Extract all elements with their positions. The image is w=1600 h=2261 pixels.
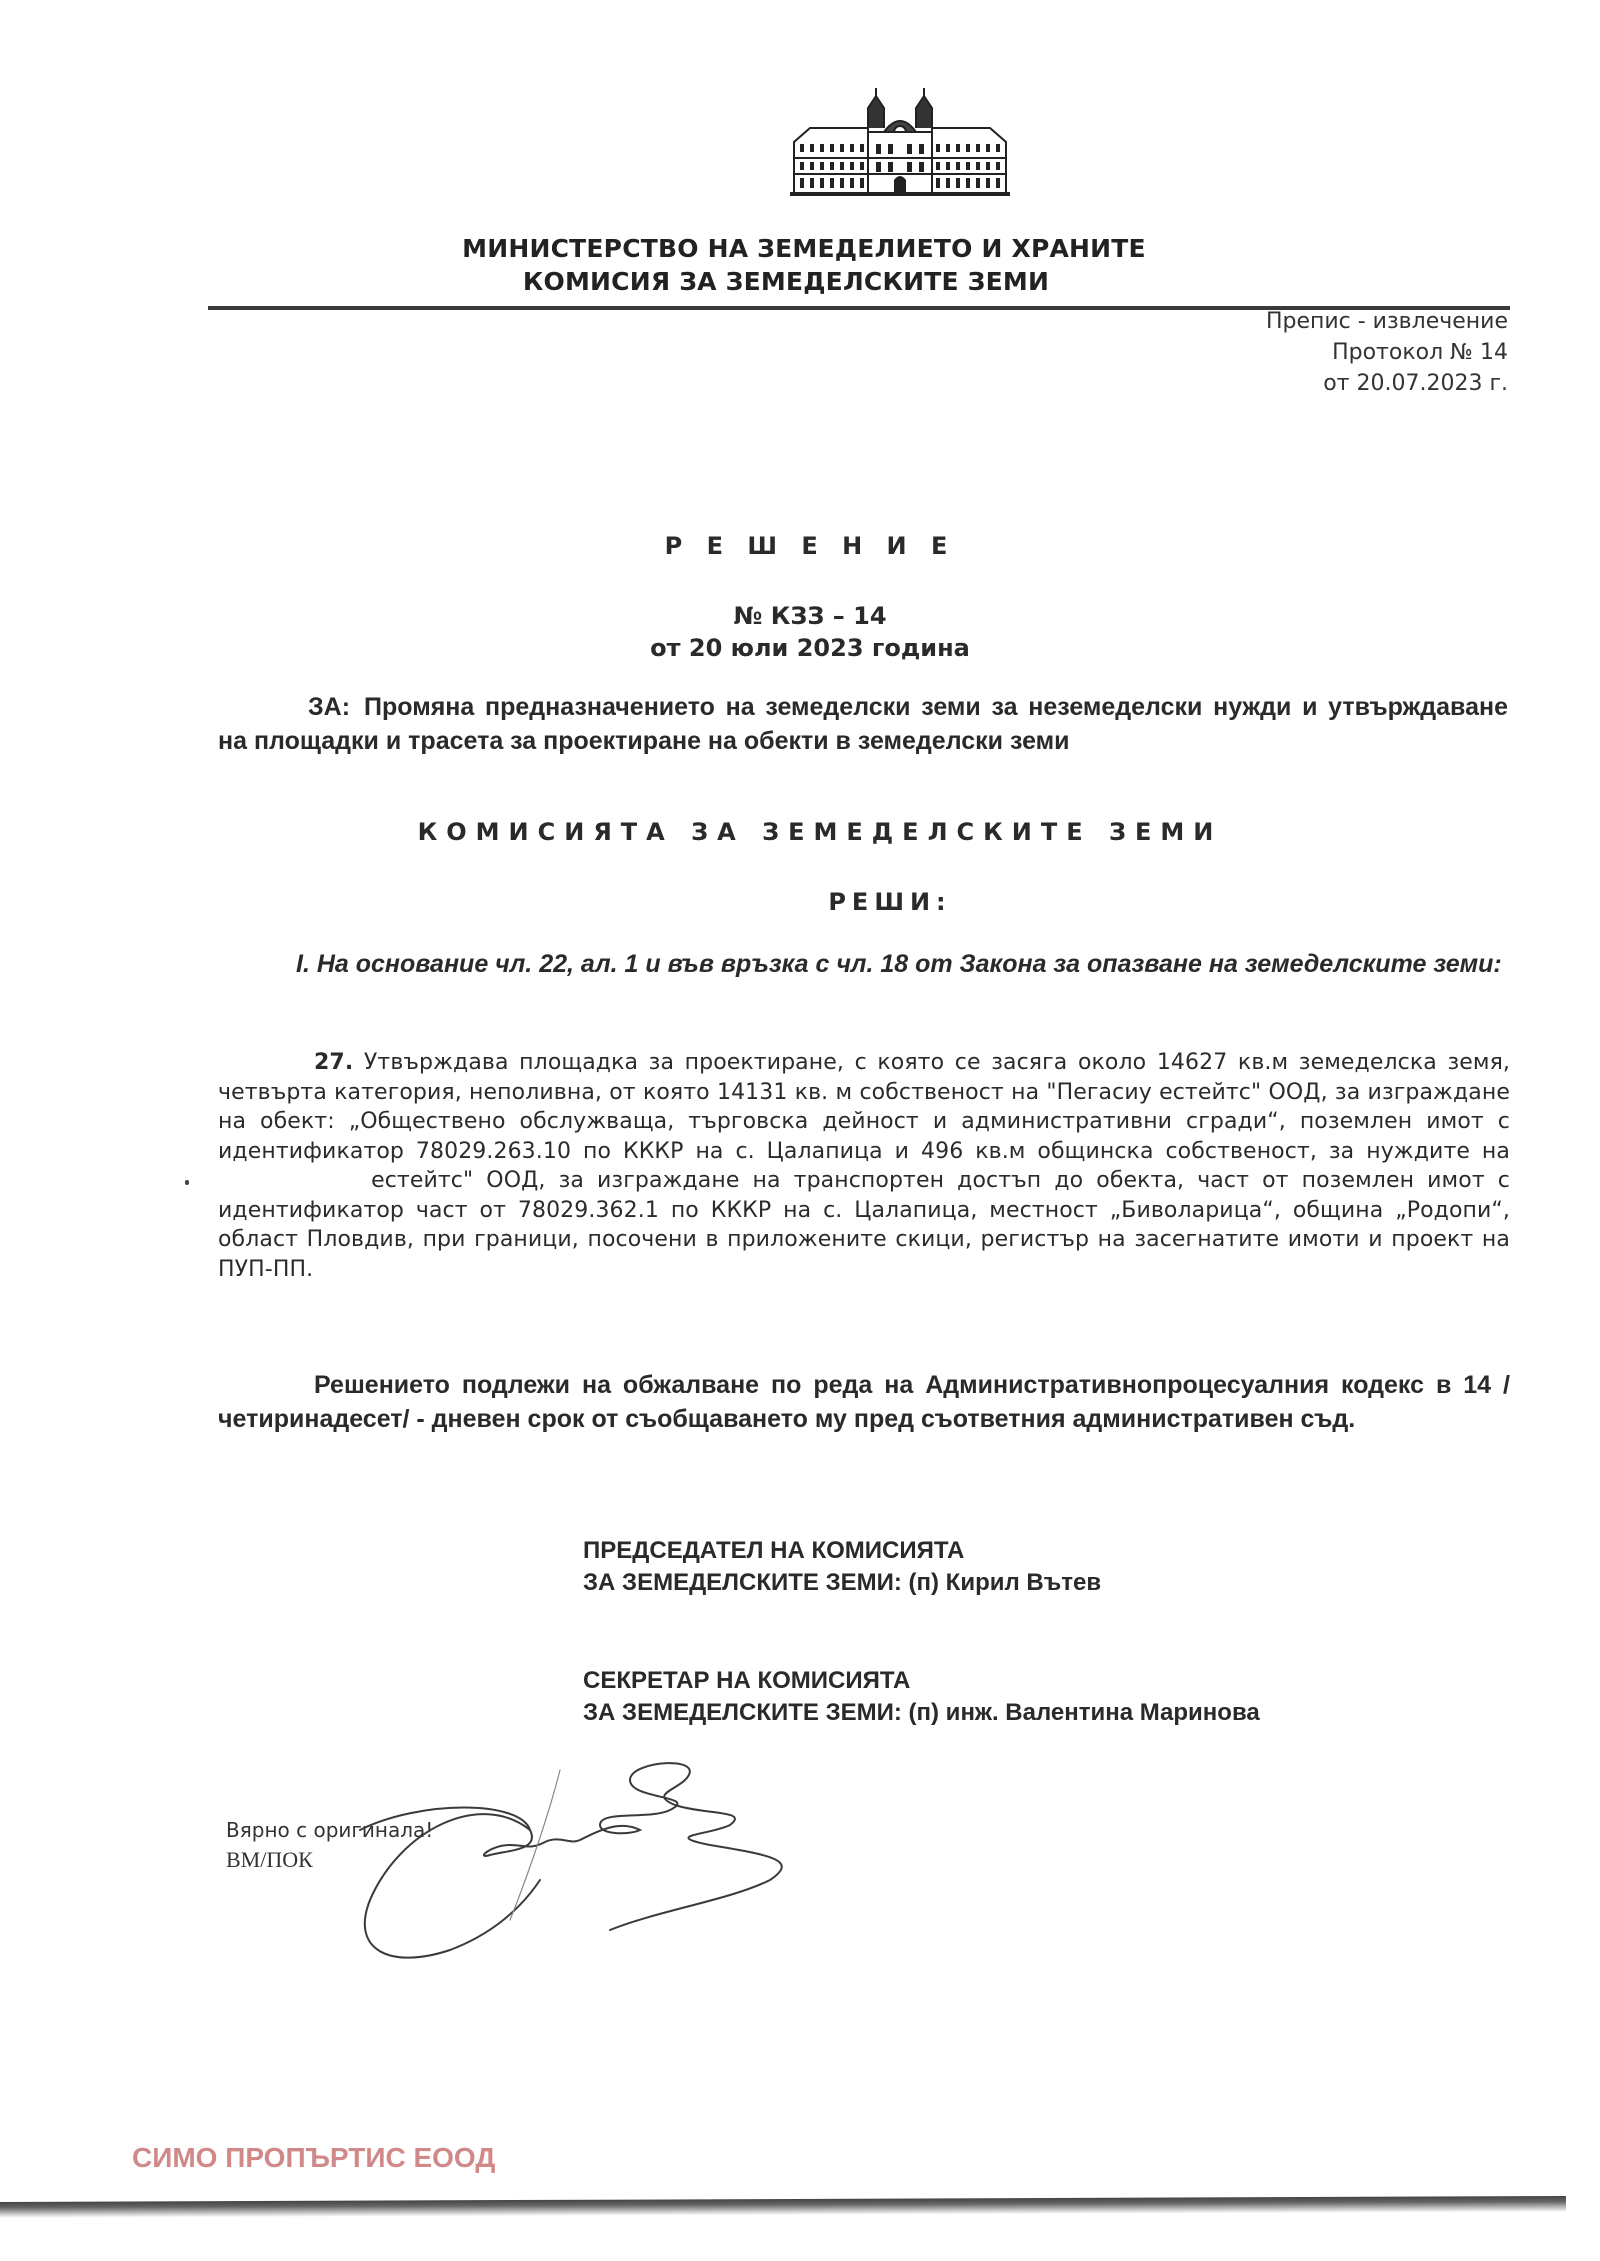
protocol-number: Протокол № 14	[1266, 337, 1508, 368]
chairman-name: ЗА ЗЕМЕДЕЛСКИТЕ ЗЕМИ: (п) Кирил Вътев	[583, 1567, 1101, 1599]
legal-basis: I. На основание чл. 22, ал. 1 и във връз…	[218, 946, 1508, 982]
commission-heading-text: КОМИСИЯТА ЗА ЗЕМЕДЕЛСКИТЕ ЗЕМИ	[418, 818, 1223, 846]
decides-heading: РЕШИ:	[0, 888, 1600, 916]
chairman-title: ПРЕДСЕДАТЕЛ НА КОМИСИЯТА	[583, 1535, 1101, 1567]
ministry-name: МИНИСТЕРСТВО НА ЗЕМЕДЕЛИЕТО И ХРАНИТЕ	[4, 232, 1600, 265]
scan-edge-line	[0, 2196, 1566, 2218]
item-text-part1: Утвърждава площадка за проектиране, с ко…	[218, 1050, 1510, 1164]
item-text-part2: естейтс" ООД, за изграждане на транспорт…	[218, 1168, 1510, 1282]
commission-heading: КОМИСИЯТА ЗА ЗЕМЕДЕЛСКИТЕ ЗЕМИ	[0, 818, 1600, 846]
subject-text: Промяна предназначението на земеделски з…	[218, 693, 1508, 755]
scan-speck	[185, 1180, 189, 1185]
decision-item: 27. Утвърждава площадка за проектиране, …	[218, 1048, 1510, 1284]
secretary-title: СЕКРЕТАР НА КОМИСИЯТА	[583, 1665, 1260, 1697]
secretary-signature-block: СЕКРЕТАР НА КОМИСИЯТА ЗА ЗЕМЕДЕЛСКИТЕ ЗЕ…	[583, 1665, 1260, 1729]
appeal-notice: Решението подлежи на обжалване по реда н…	[218, 1368, 1510, 1436]
decision-number-block: № КЗЗ – 14 от 20 юли 2023 година	[0, 600, 1600, 664]
company-stamp: СИМО ПРОПЪРТИС ЕООД	[132, 2142, 495, 2174]
item-number: 27.	[314, 1050, 353, 1075]
secretary-name: ЗА ЗЕМЕДЕЛСКИТЕ ЗЕМИ: (п) инж. Валентина…	[583, 1697, 1260, 1729]
chairman-signature-block: ПРЕДСЕДАТЕЛ НА КОМИСИЯТА ЗА ЗЕМЕДЕЛСКИТЕ…	[583, 1535, 1101, 1599]
decision-number: № КЗЗ – 14	[733, 602, 886, 630]
handwritten-signature-icon	[330, 1750, 800, 1990]
protocol-date: от 20.07.2023 г.	[1266, 368, 1508, 399]
subject-block: ЗА:Промяна предназначението на земеделск…	[218, 690, 1508, 758]
ministry-building-icon	[780, 88, 1020, 200]
decision-title: Р Е Ш Е Н И Е	[665, 532, 956, 560]
protocol-info: Препис - извлечение Протокол № 14 от 20.…	[1266, 306, 1508, 399]
decision-date: от 20 юли 2023 година	[650, 634, 970, 662]
copy-type: Препис - извлечение	[1266, 306, 1508, 337]
document-title: Р Е Ш Е Н И Е	[0, 532, 1600, 560]
ministry-header: МИНИСТЕРСТВО НА ЗЕМЕДЕЛИЕТО И ХРАНИТЕ КО…	[0, 232, 1600, 298]
initials: ВМ/ПОК	[226, 1847, 313, 1873]
decides-text: РЕШИ:	[828, 888, 951, 916]
commission-name: КОМИСИЯ ЗА ЗЕМЕДЕЛСКИТЕ ЗЕМИ	[0, 265, 1586, 298]
subject-label: ЗА:	[308, 690, 350, 724]
